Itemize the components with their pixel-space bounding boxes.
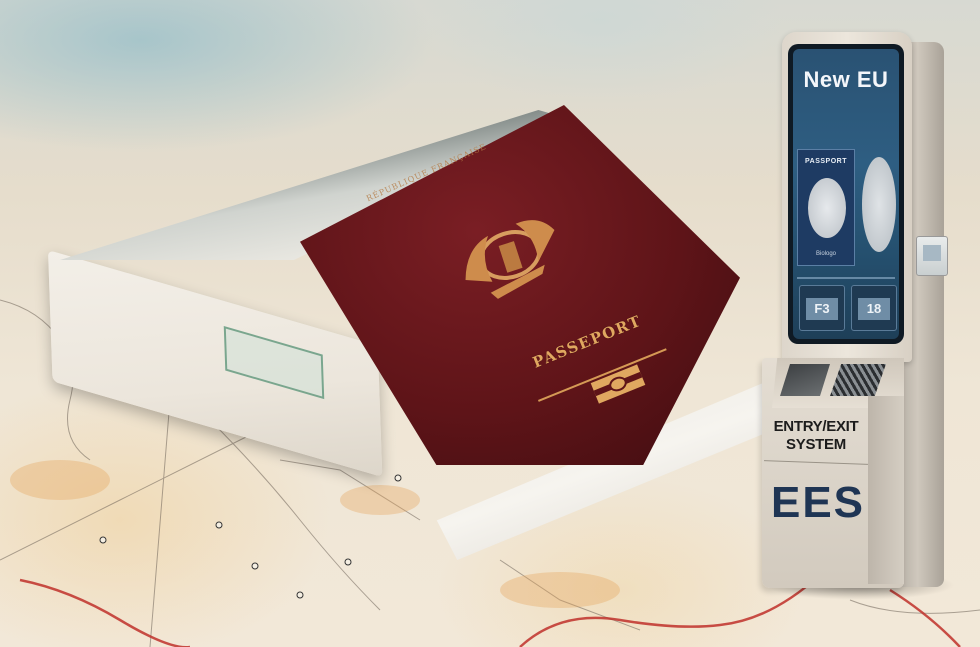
kiosk-label-line1: ENTRY/EXIT [766, 418, 866, 436]
screen-title: New EU [793, 67, 899, 93]
face-scan-icon [808, 178, 846, 238]
kiosk-screen: New EU PASSPORT Biologo F3 18 [788, 44, 904, 344]
scene: 24 RÉPUBLIQUE FRANÇAISE PASSEPORT New EU… [0, 0, 980, 647]
screen-divider [797, 277, 895, 279]
kiosk-base-side [868, 396, 904, 584]
screen-button-left[interactable]: F3 [799, 285, 845, 331]
visa-stamp [224, 326, 324, 399]
passport-scan-card: PASSPORT Biologo [797, 149, 855, 266]
card-reader-slot-icon [923, 245, 941, 261]
kiosk-screen-display: New EU PASSPORT Biologo F3 18 [793, 49, 899, 339]
card-reader[interactable] [916, 236, 948, 276]
screen-button-left-label: F3 [806, 298, 838, 320]
screen-button-right[interactable]: 18 [851, 285, 897, 331]
fingerprint-scan-icon [862, 157, 896, 252]
kiosk-system-label: ENTRY/EXIT SYSTEM [766, 418, 866, 454]
passport-scan-label: PASSPORT [798, 158, 854, 165]
kiosk-label-line2: SYSTEM [766, 436, 866, 454]
screen-button-right-label: 18 [858, 298, 890, 320]
passport-scan-footer: Biologo [798, 251, 854, 257]
kiosk-acronym: EES [770, 478, 866, 528]
